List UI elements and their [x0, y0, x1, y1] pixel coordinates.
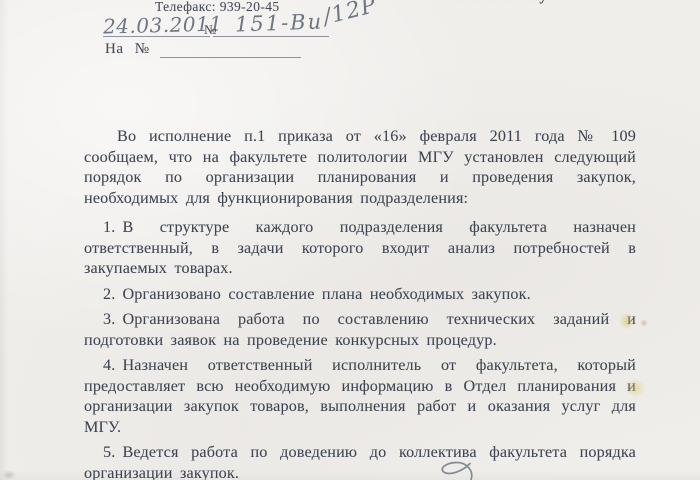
list-item-text: Организована работа по составлению техни… — [84, 310, 636, 349]
form-line-date — [103, 36, 210, 37]
form-line-incoming-reference — [160, 57, 301, 58]
list-item-4: 4.Назначен ответственный исполнитель от … — [84, 355, 636, 437]
list-item-number: 5. — [103, 443, 115, 461]
list-item-text: В структуре каждого подразделения факуль… — [84, 218, 636, 277]
outgoing-number-handwritten: 151-Ви — [235, 9, 324, 36]
list-item-5: 5.Ведется работа по доведению до коллект… — [84, 442, 636, 480]
intro-paragraph: Во исполнение п.1 приказа от «16» феврал… — [84, 126, 636, 208]
list-item-number: 2. — [103, 285, 115, 303]
addressee-name-clipped: А.А. Хохлову — [449, 0, 548, 5]
outgoing-number-suffix-handwritten: /12Р — [321, 0, 380, 30]
list-item-number: 1. — [103, 218, 115, 236]
list-item-1: 1.В структуре каждого подразделения факу… — [84, 217, 636, 279]
scan-artifact-pink-dot — [640, 319, 648, 327]
list-item-text: Ведется работа по доведению до коллектив… — [84, 443, 636, 480]
signature-stroke-partial — [421, 458, 479, 480]
scanned-letter-page: Телефакс: 939-20-45 А.А. Хохлову 24.03.2… — [0, 0, 700, 480]
scan-artifact-gray-smudge — [2, 470, 16, 480]
list-item-number: 3. — [103, 310, 115, 328]
list-item-text: Организовано составление плана необходим… — [122, 285, 530, 303]
list-item-3: 3.Организована работа по составлению тех… — [84, 309, 636, 350]
letter-body: Во исполнение п.1 приказа от «16» феврал… — [84, 126, 636, 480]
incoming-reference-label: На № — [105, 41, 150, 58]
form-line-number — [213, 36, 329, 37]
list-item-number: 4. — [103, 356, 115, 374]
list-item-text: Назначен ответственный исполнитель от фа… — [84, 356, 636, 436]
list-item-2: 2.Организовано составление плана необход… — [84, 284, 636, 305]
